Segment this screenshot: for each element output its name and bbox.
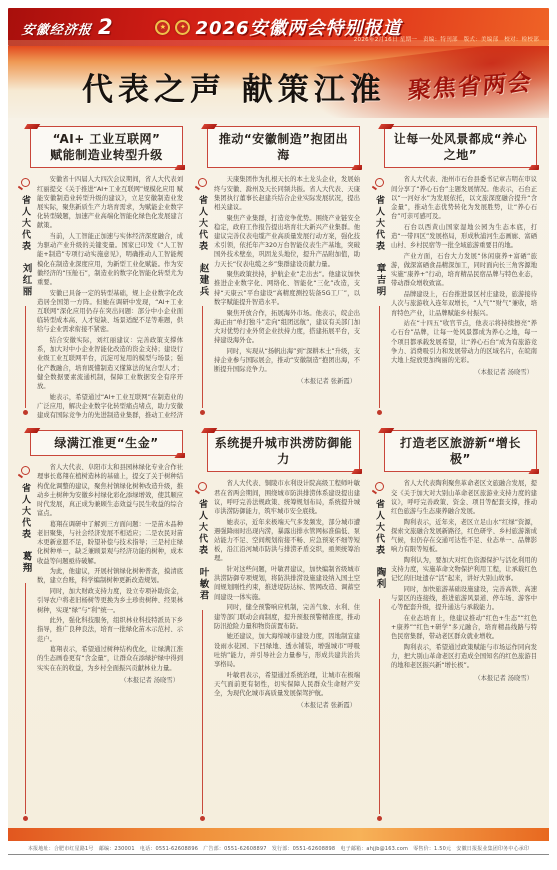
title-corner-accent	[528, 469, 539, 474]
footer-band	[8, 828, 549, 841]
side-rule-dot	[200, 816, 205, 821]
article-paragraph: 同时，加大财政支持力度，设立专项补助资金，引导农户将老旧杨树等更换为乡土珍贵树种…	[37, 587, 183, 615]
cppcc-emblem-icon: ✦	[175, 20, 190, 35]
article-paragraph: 她表示，近年来极端天气多发频发，部分城市遭遇强降雨时出现内涝，暴露出排水管网标准…	[214, 518, 360, 564]
masthead-banner: 安徽经济报 2 ★ ✦ 2026安徽两会特别报道 2026年2月16日 星期一 …	[8, 8, 549, 46]
article-paragraph: 葛翔表示，希望通过树种结构优化，让绿满江淮的生态画卷更有“含金量”，让群众在添绿…	[37, 645, 183, 673]
title-corner-accent	[174, 165, 185, 170]
article-title-box: 打造老区旅游新“增长极”	[384, 430, 537, 472]
side-rule	[202, 610, 203, 814]
rep-label: 省人大代表	[196, 195, 209, 253]
article-body: 省人大代表 刘红丽 安徽省十四届人大四次会议期间，省人大代表刘红丽提交《关于推进…	[18, 175, 185, 420]
article-paragraph: 产业方面，石台大力发展“休闲康养+富硒”旅游，做深富硒食品精深加工，同时面向长三…	[391, 252, 537, 289]
article-paragraph: 石台以西黄山国家湿地公园为生态本底，打造“一带四区”发展格局，形成秋浦河生态画廊…	[391, 223, 537, 251]
article-paragraph: 聚焦政策扶持，护航企业“走出去”。他建议加快推进企业数字化、网络化、智能化“三化…	[214, 270, 360, 307]
article-side-column: 省人大代表 章吉明	[372, 175, 387, 420]
rep-name: 叶敏君	[196, 567, 210, 602]
article-paragraphs: 安徽省十四届人大四次会议期间，省人大代表刘红丽提交《关于推进“AI+工业互联网”…	[37, 175, 185, 420]
side-rule	[25, 583, 26, 814]
article-paragraph: 安徽省十四届人大四次会议期间，省人大代表刘红丽提交《关于推进“AI+工业互联网”…	[37, 175, 183, 230]
byline: （本报记者 汤晓雪）	[391, 367, 537, 376]
articles-grid: “AI+ 工业互联网” 赋能制造业转型升级 省人大代表 刘红丽 安徽省十四届人大…	[8, 118, 549, 828]
magnifier-icon	[21, 178, 30, 187]
article-title: 打造老区旅游新“增长极”	[390, 435, 531, 467]
article-title: 绿满江淮更“生金”	[36, 435, 177, 451]
rep-name: 赵建兵	[196, 263, 210, 298]
article-paragraphs: 省人大代表陶利聚焦革命老区文旅融合发展，提交《关于加大对大别山革命老区旅游业支持…	[391, 479, 539, 826]
footer-info: 本报地址：合肥市红星路1号 邮编：230001 电话：0551-62608896…	[8, 843, 549, 855]
article-paragraph: 站在“十四五”收官节点，他表示将持续擦亮“养心石台”品牌，让每一处风景都成为养心…	[391, 319, 537, 365]
newspaper-page: 安徽经济报 2 ★ ✦ 2026安徽两会特别报道 2026年2月16日 星期一 …	[0, 0, 557, 870]
article-paragraph: 陶利表示，希望通过政策赋能与市场运作同向发力，把大别山革命老区打造成全国知名的红…	[391, 643, 537, 671]
article-paragraph: 葛翔在调研中了解到三方面问题：一是苗木品种老旧聚集，与社会经济发展不相适应；二是…	[37, 520, 183, 566]
article-side-column: 省人大代表 陶利	[372, 479, 387, 826]
article-title: 推动“安徽制造”抱团出海	[213, 131, 354, 163]
side-rule	[379, 599, 380, 814]
article-body: 省人大代表 章吉明 省人大代表、池州市石台县委书记章吉明在审议间分享了“养心石台…	[372, 175, 539, 420]
article-paragraphs: 天康集团作为扎根天长的本土龙头企业，发展始终与安徽、滁州及天长同频共振。省人大代…	[214, 175, 362, 420]
article-side-column: 省人大代表 刘红丽	[18, 175, 33, 420]
article-paragraph: 天康集团作为扎根天长的本土龙头企业，发展始终与安徽、滁州及天长同频共振。省人大代…	[214, 175, 360, 212]
article-paragraph: 当前，人工智能正加速与实体经济深度融合，成为驱动产业升级的关键变量。国家已印发《…	[37, 232, 183, 287]
article-paragraph: 她表示，希望通过“AI+工业互联网”在制造业的广泛应用，解决企业数字化转型痛点堵…	[37, 393, 183, 420]
star-glyph: ★	[160, 24, 166, 31]
article-paragraph: 品牌建设上，石台推进景区村庄建设，旅游接待人次与旅游收入连年双增长，“人气”“财…	[391, 290, 537, 318]
article-paragraph: 同时，实现从“扬帆出海”到“深耕本土”升级，支持企业参与国际展会，推动“安徽制造…	[214, 347, 360, 375]
side-rule	[202, 306, 203, 408]
article-paragraph: 同时，健全预警响应机制，完善气象、水利、住建等部门联动会商制度，提升预报预警精准…	[214, 603, 360, 631]
article-title: 系统提升城市洪涝防御能力	[213, 435, 354, 467]
title-corner-accent	[378, 428, 395, 433]
rep-label: 省人大代表	[373, 195, 386, 253]
article-body: 省人大代表 陶利 省人大代表陶利聚焦革命老区文旅融合发展，提交《关于加大对大别山…	[372, 479, 539, 826]
article-paragraph: 省人大代表、阜阳市太和县园林绿化专业合作社理事长葛翔在植树造林的基础上，提交了关…	[37, 463, 183, 518]
magnifier-icon	[375, 482, 384, 491]
article: 推动“安徽制造”抱团出海 省人大代表 赵建兵 天康集团作为扎根天长的本土龙头企业…	[195, 124, 362, 420]
article-title-box: 让每一处风景都成“养心之地”	[384, 126, 537, 168]
article-title-box: 推动“安徽制造”抱团出海	[207, 126, 360, 168]
article-paragraph: 此外，强化科技服务，组织林业科技特派员下乡指导，推广良种良法，培育一批绿化苗木示…	[37, 616, 183, 644]
rep-label: 省人大代表	[19, 195, 32, 253]
article-title: “AI+ 工业互联网” 赋能制造业转型升级	[36, 131, 177, 163]
rep-name: 刘红丽	[19, 263, 33, 298]
page-title: 代表之声 献策江淮	[82, 64, 386, 109]
title-corner-accent	[528, 165, 539, 170]
title-corner-accent	[201, 124, 218, 129]
title-corner-accent	[351, 165, 362, 170]
hero-strip: 代表之声 献策江淮 聚焦省两会	[8, 46, 549, 118]
article-paragraph: 省人大代表、铜陵市水利设计院高级工程师叶敏君在省两会期间，围绕城市防洪排涝体系建…	[214, 479, 360, 516]
article-paragraph: 安徽已具备一定的转型基础，规上企业数字化改造居全国第一方阵。但她在调研中发现，“…	[37, 289, 183, 335]
article-paragraphs: 省人大代表、阜阳市太和县园林绿化专业合作社理事长葛翔在植树造林的基础上，提交了关…	[37, 463, 185, 826]
side-rule	[379, 306, 380, 408]
article-paragraph: 省人大代表陶利聚焦革命老区文旅融合发展，提交《关于加大对大别山革命老区旅游业支持…	[391, 479, 537, 516]
side-rule-dot	[377, 410, 382, 415]
magnifier-icon	[198, 178, 207, 187]
rep-name: 葛翔	[19, 551, 33, 574]
rep-name: 章吉明	[373, 263, 387, 298]
rep-label: 省人大代表	[196, 499, 209, 557]
article-title: 让每一处风景都成“养心之地”	[390, 131, 531, 163]
byline: （本报记者 汤晓雪）	[391, 673, 537, 682]
article: 打造老区旅游新“增长极” 省人大代表 陶利 省人大代表陶利聚焦革命老区文旅融合发…	[372, 428, 539, 826]
article-body: 省人大代表 叶敏君 省人大代表、铜陵市水利设计院高级工程师叶敏君在省两会期间，围…	[195, 479, 362, 826]
article-paragraph: 结合安徽实际，刘红丽建议：完善政策支撑体系，加大对中小企业智能化改造的资金支持；…	[37, 336, 183, 391]
article-paragraphs: 省人大代表、池州市石台县委书记章吉明在审议间分享了“养心石台”主题发展情况。他表…	[391, 175, 539, 420]
side-rule-dot	[377, 816, 382, 821]
title-corner-accent	[24, 428, 41, 433]
article-side-column: 省人大代表 葛翔	[18, 463, 33, 826]
title-corner-accent	[201, 428, 218, 433]
article: 绿满江淮更“生金” 省人大代表 葛翔 省人大代表、阜阳市太和县园林绿化专业合作社…	[18, 428, 185, 826]
rep-label: 省人大代表	[373, 499, 386, 557]
article-paragraph: 同时，加快旅游基础设施建设，完善高铁、高速与景区的连接线，推进旅游风景道、停车场…	[391, 585, 537, 613]
magnifier-icon	[375, 178, 384, 187]
rep-name: 陶利	[373, 567, 387, 590]
article-paragraph: 她还建议，加大海绵城市建设力度，因地制宜建设雨水花园、下凹绿地、透水铺装，增强城…	[214, 632, 360, 669]
dateline: 2026年2月16日 星期一 责编：特刊部 版式：美编部 校对：检校部	[354, 35, 539, 43]
article-paragraph: 聚焦产业集群，打造竞争优势。围绕产业链安全稳定，政府工作报告提出培育壮大新兴产业…	[214, 214, 360, 269]
article: “AI+ 工业互联网” 赋能制造业转型升级 省人大代表 刘红丽 安徽省十四届人大…	[18, 124, 185, 420]
article-side-column: 省人大代表 叶敏君	[195, 479, 210, 826]
magnifier-icon	[198, 482, 207, 491]
article-body: 省人大代表 赵建兵 天康集团作为扎根天长的本土龙头企业，发展始终与安徽、滁州及天…	[195, 175, 362, 420]
article-paragraph: 陶利认为，要加大对红色资源保护与活化利用的支持力度，实施革命文物保护利用工程，让…	[391, 556, 537, 584]
article-body: 省人大代表 葛翔 省人大代表、阜阳市太和县园林绿化专业合作社理事长葛翔在植树造林…	[18, 463, 185, 826]
byline: （本报记者 汤晓雪）	[37, 675, 183, 684]
article-side-column: 省人大代表 赵建兵	[195, 175, 210, 420]
side-rule-dot	[23, 816, 28, 821]
byline: （本报记者 张新霞）	[214, 376, 360, 385]
title-corner-accent	[174, 453, 185, 458]
article-paragraph: 陶利表示，近年来，老区立足山水“红绿”资源，探索文旅融合发展新路径，红色研学、乡…	[391, 518, 537, 555]
byline: （本报记者 张新霞）	[214, 700, 360, 709]
article-title-box: 系统提升城市洪涝防御能力	[207, 430, 360, 472]
side-rule-dot	[200, 410, 205, 415]
article-title-box: “AI+ 工业互联网” 赋能制造业转型升级	[30, 126, 183, 168]
title-corner-accent	[351, 469, 362, 474]
article-paragraph: 针对这些问题，叶敏君建议，加快编制省级城市洪涝防御专项规划，将防洪排涝设施建设纳…	[214, 565, 360, 602]
magnifier-icon	[21, 466, 30, 475]
article-paragraph: 叶敏君表示，希望通过系统治理，让城市在极端天气面前更有韧性，切实保障人民群众生命…	[214, 671, 360, 699]
article-title-box: 绿满江淮更“生金”	[30, 430, 183, 456]
article: 让每一处风景都成“养心之地” 省人大代表 章吉明 省人大代表、池州市石台县委书记…	[372, 124, 539, 420]
side-rule	[25, 306, 26, 408]
article: 系统提升城市洪涝防御能力 省人大代表 叶敏君 省人大代表、铜陵市水利设计院高级工…	[195, 428, 362, 826]
article-paragraph: 为此，他建议，开展村镇绿化树种普查，摸清底数，建立台账，科学编制树种更新改造规划…	[37, 567, 183, 585]
article-paragraph: 聚焦开放合作，拓展海外市场。他表示，皖企出海正由“单打独斗”走向“组团远航”，建…	[214, 309, 360, 346]
rep-label: 省人大代表	[19, 483, 32, 541]
side-rule-dot	[23, 410, 28, 415]
title-corner-accent	[378, 124, 395, 129]
article-paragraphs: 省人大代表、铜陵市水利设计院高级工程师叶敏君在省两会期间，围绕城市防洪排涝体系建…	[214, 479, 362, 826]
star-glyph: ✦	[180, 24, 186, 31]
article-paragraph: 省人大代表、池州市石台县委书记章吉明在审议间分享了“养心石台”主题发展情况。他表…	[391, 175, 537, 221]
article-paragraph: 在业态培育上，他建议推动“红色+生态”“红色+康养”“红色+研学”多元融合，培育…	[391, 614, 537, 642]
title-corner-accent	[24, 124, 41, 129]
national-emblem-icon: ★	[155, 20, 170, 35]
